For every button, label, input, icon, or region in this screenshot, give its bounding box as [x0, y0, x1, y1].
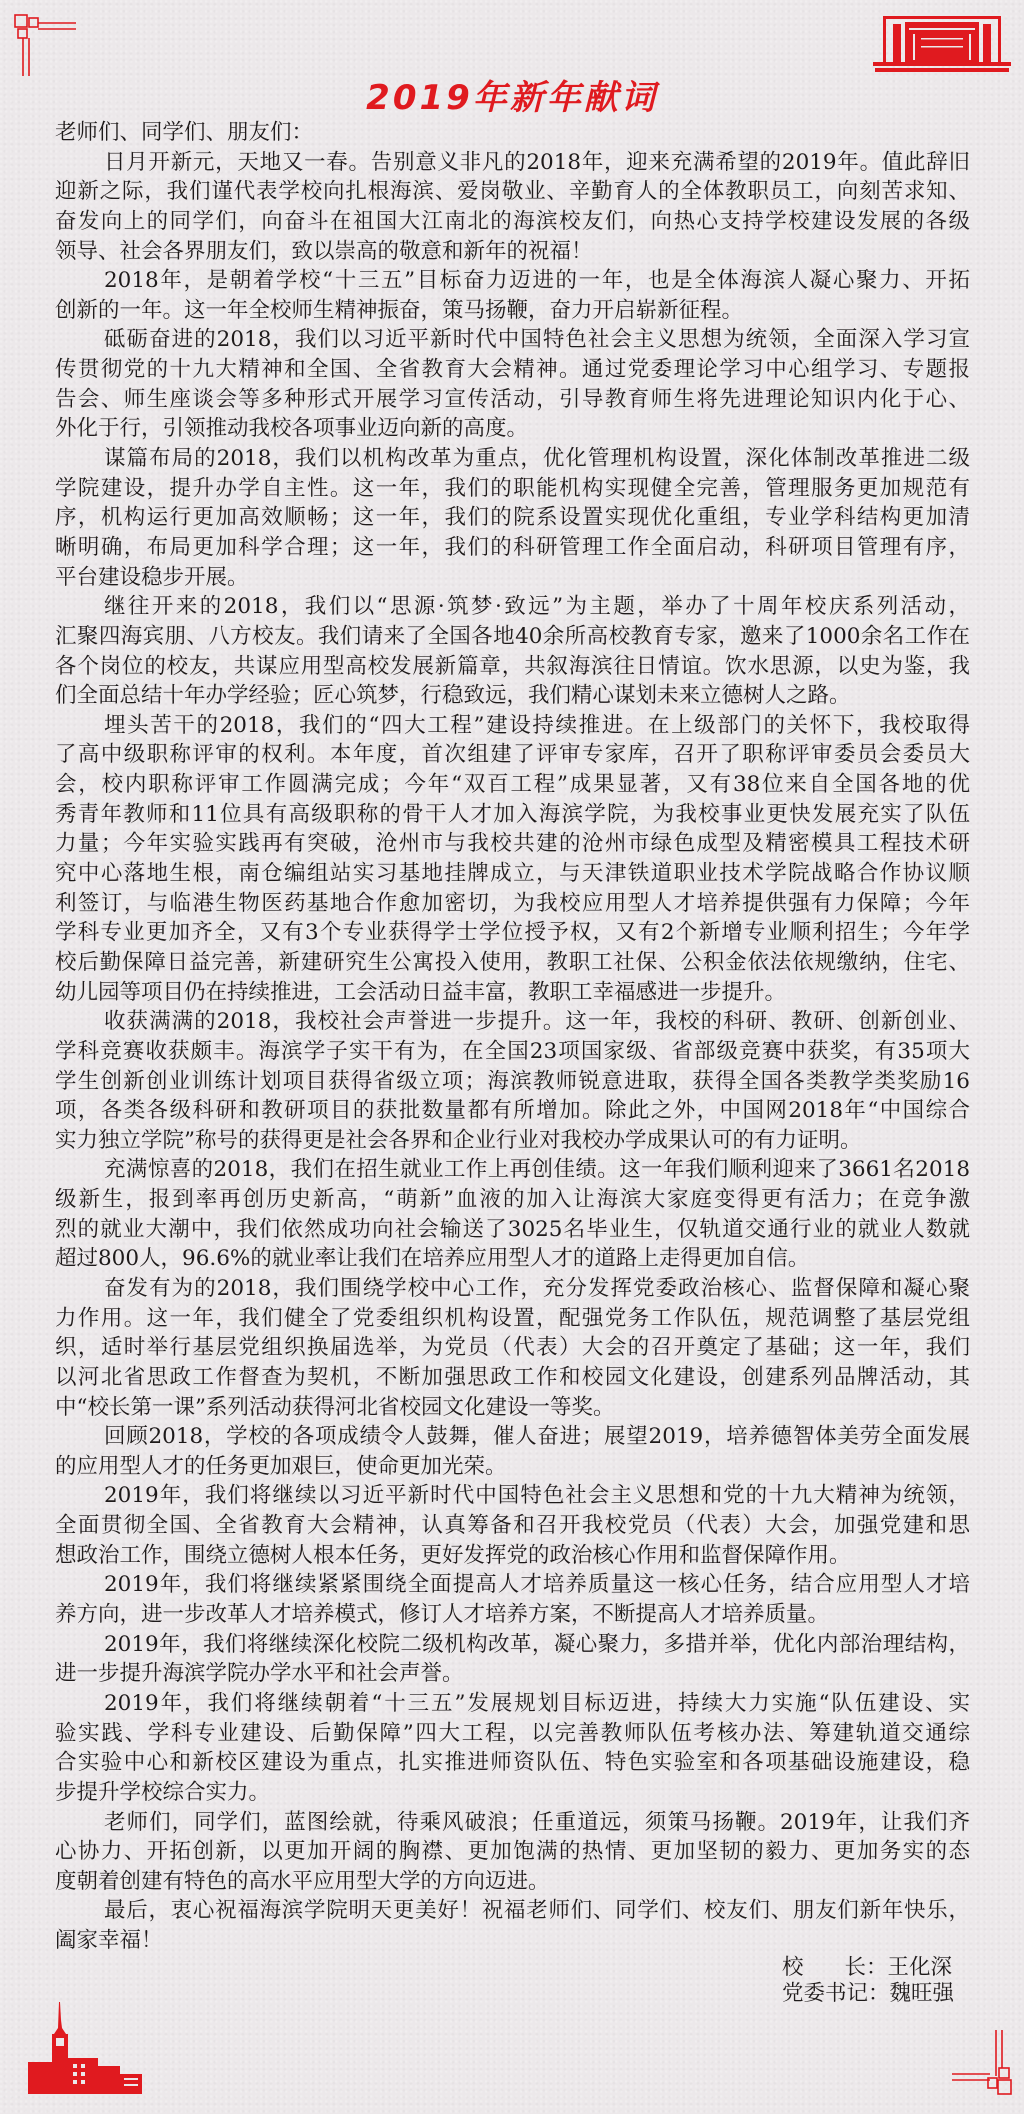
text-line: 的应用型人才的任务更加艰巨，使命更加光荣。	[55, 1452, 970, 1482]
text-line: 奋发向上的同学们，向奋斗在祖国大江南北的海滨校友们，向热心支持学校建设发展的各级	[55, 207, 970, 237]
text-line: 传贯彻党的十九大精神和全国、全省教育大会精神。通过党委理论学习中心组学习、专题报	[55, 355, 970, 385]
text-line: 究中心落地生根，南仓编组站实习基地挂牌成立，与天津铁道职业技术学院战略合作协议顺	[55, 859, 970, 889]
signature-block: 校 长：王化深 党委书记：魏旺强	[782, 1955, 954, 2007]
text-line: 领导、社会各界朋友们，致以崇高的敬意和新年的祝福！	[55, 237, 970, 267]
text-line: 校后勤保障日益完善，新建研究生公寓投入使用，教职工社保、公积金依法依规缴纳，住宅…	[55, 948, 970, 978]
text-line: 2019年，我们将继续深化校院二级机构改革，凝心聚力，多措并举，优化内部治理结构…	[55, 1630, 970, 1660]
text-line: 们全面总结十年办学经验；匠心筑梦，行稳致远，我们精心谋划未来立德树人之路。	[55, 681, 970, 711]
text-line: 超过800人，96.6%的就业率让我们在培养应用型人才的道路上走得更加自信。	[55, 1244, 970, 1274]
text-line: 利签订，与临港生物医药基地合作愈加密切，为我校应用型人才培养提供强有力保障；今年	[55, 889, 970, 919]
auditorium-building-icon	[873, 14, 1013, 74]
text-line: 各个岗位的校友，共谋应用型高校发展新篇章，共叙海滨往日情谊。饮水思源，以史为鉴，…	[55, 652, 970, 682]
corner-ornament-icon	[950, 2028, 1016, 2098]
text-line: 序，机构运行更加高效顺畅；这一年，我们的院系设置实现优化重组，专业学科结构更加清	[55, 503, 970, 533]
text-line: 2018年，是朝着学校“十三五”目标奋力迈进的一年，也是全体海滨人凝心聚力、开拓	[55, 266, 970, 296]
text-line: 迎新之际，我们谨代表学校向扎根海滨、爱岗敬业、辛勤育人的全体教职员工，向刻苦求知…	[55, 177, 970, 207]
greeting: 老师们、同学们、朋友们：	[55, 118, 970, 148]
text-line: 继往开来的2018，我们以“思源·筑梦·致远”为主题，举办了十周年校庆系列活动，	[55, 592, 970, 622]
text-line: 级新生，报到率再创历史新高，“萌新”血液的加入让海滨大家庭变得更有活力；在竞争激	[55, 1185, 970, 1215]
letter-body: 老师们、同学们、朋友们：日月开新元，天地又一春。告别意义非凡的2018年，迎来充…	[55, 118, 970, 1956]
text-line: 学生创新创业训练计划项目获得省级立项；海滨教师锐意进取，获得全国各类教学类奖励1…	[55, 1067, 970, 1097]
text-line: 学科专业更加齐全，又有3个专业获得学士学位授予权，又有2个新增专业顺利招生；今年…	[55, 918, 970, 948]
text-line: 力作用。这一年，我们健全了党委组织机构设置，配强党务工作队伍，规范调整了基层党组	[55, 1304, 970, 1334]
text-line: 晰明确，布局更加科学合理；这一年，我们的科研管理工作全面启动，科研项目管理有序，	[55, 533, 970, 563]
text-line: 收获满满的2018，我校社会声誉进一步提升。这一年，我校的科研、教研、创新创业、	[55, 1007, 970, 1037]
text-line: 中“校长第一课”系列活动获得河北省校园文化建设一等奖。	[55, 1393, 970, 1423]
president-signature: 校 长：王化深	[782, 1955, 954, 1981]
text-line: 心协力、开拓创新，以更加开阔的胸襟、更加饱满的热情、更加坚韧的毅力、更加务实的态	[55, 1837, 970, 1867]
text-line: 烈的就业大潮中，我们依然成功向社会输送了3025名毕业生，仅轨道交通行业的就业人…	[55, 1215, 970, 1245]
text-line: 创新的一年。这一年全校师生精神振奋，策马扬鞭，奋力开启崭新征程。	[55, 296, 970, 326]
text-line: 汇聚四海宾朋、八方校友。我们请来了全国各地40余所高校教育专家，邀来了1000余…	[55, 622, 970, 652]
text-line: 告会、师生座谈会等多种形式开展学习宣传活动，引导教育师生将先进理论知识内化于心、	[55, 385, 970, 415]
text-line: 织，适时举行基层党组织换届选举，为党员（代表）大会的召开奠定了基础；这一年，我们	[55, 1333, 970, 1363]
text-line: 想政治工作，围绕立德树人根本任务，更好发挥党的政治核心作用和监督保障作用。	[55, 1541, 970, 1571]
text-line: 养方向，进一步改革人才培养模式，修订人才培养方案，不断提高人才培养质量。	[55, 1600, 970, 1630]
text-line: 会，校内职称评审工作圆满完成；今年“双百工程”成果显著，又有38位来自全国各地的…	[55, 770, 970, 800]
text-line: 实力独立学院”称号的获得更是社会各界和企业行业对我校办学成果认可的有力证明。	[55, 1126, 970, 1156]
text-line: 全面贯彻全国、全省教育大会精神，认真筹备和召开我校党员（代表）大会，加强党建和思	[55, 1511, 970, 1541]
text-line: 2019年，我们将继续紧紧围绕全面提高人才培养质量这一核心任务，结合应用型人才培	[55, 1570, 970, 1600]
text-line: 谋篇布局的2018，我们以机构改革为重点，优化管理机构设置，深化体制改革推进二级	[55, 444, 970, 474]
text-line: 幼儿园等项目仍在持续推进，工会活动日益丰富，教职工幸福感进一步提升。	[55, 978, 970, 1008]
text-line: 步提升学校综合实力。	[55, 1778, 970, 1808]
text-line: 回顾2018，学校的各项成绩令人鼓舞，催人奋进；展望2019，培养德智体美劳全面…	[55, 1422, 970, 1452]
text-line: 学院建设，提升办学自主性。这一年，我们的职能机构实现健全完善，管理服务更加规范有	[55, 474, 970, 504]
text-line: 外化于行，引领推动我校各项事业迈向新的高度。	[55, 414, 970, 444]
text-line: 进一步提升海滨学院办学水平和社会声誉。	[55, 1659, 970, 1689]
text-line: 以河北省思政工作督查为契机，不断加强思政工作和校园文化建设，创建系列品牌活动，其	[55, 1363, 970, 1393]
text-line: 埋头苦干的2018，我们的“四大工程”建设持续推进。在上级部门的关怀下，我校取得	[55, 711, 970, 741]
text-line: 日月开新元，天地又一春。告别意义非凡的2018年，迎来充满希望的2019年。值此…	[55, 148, 970, 178]
text-line: 学科竞赛收获颇丰。海滨学子实干有为，在全国23项国家级、省部级竞赛中获奖，有35…	[55, 1037, 970, 1067]
secretary-signature: 党委书记：魏旺强	[782, 1981, 954, 2007]
text-line: 充满惊喜的2018，我们在招生就业工作上再创佳绩。这一年我们顺利迎来了3661名…	[55, 1155, 970, 1185]
president-name: 王化深	[888, 1955, 953, 1980]
text-line: 老师们，同学们，蓝图绘就，待乘风破浪；任重道远，须策马扬鞭。2019年，让我们齐	[55, 1808, 970, 1838]
text-line: 平台建设稳步开展。	[55, 563, 970, 593]
clock-tower-building-icon	[18, 2000, 148, 2100]
text-line: 合实验中心和新校区建设为重点，扎实推进师资队伍、特色实验室和各项基础设施建设，稳	[55, 1748, 970, 1778]
text-line: 阖家幸福！	[55, 1926, 970, 1956]
secretary-label: 党委书记：	[782, 1981, 890, 2006]
text-line: 度朝着创建有特色的高水平应用型大学的方向迈进。	[55, 1867, 970, 1897]
page-title: 2019年新年献词	[0, 70, 1024, 119]
text-line: 2019年，我们将继续以习近平新时代中国特色社会主义思想和党的十九大精神为统领，	[55, 1481, 970, 1511]
president-label: 校 长：	[782, 1955, 888, 1980]
text-line: 奋发有为的2018，我们围绕学校中心工作，充分发挥党委政治核心、监督保障和凝心聚	[55, 1274, 970, 1304]
text-line: 秀青年教师和11位具有高级职称的骨干人才加入海滨学院，为我校事业更快发展充实了队…	[55, 800, 970, 830]
text-line: 验实践、学科专业建设、后勤保障”四大工程，以完善教师队伍考核办法、筹建轨道交通综	[55, 1719, 970, 1749]
text-line: 砥砺奋进的2018，我们以习近平新时代中国特色社会主义思想为统领，全面深入学习宣	[55, 325, 970, 355]
text-line: 力量；今年实验实践再有突破，沧州市与我校共建的沧州市绿色成型及精密模具工程技术研	[55, 829, 970, 859]
text-line: 了高中级职称评审的权利。本年度，首次组建了评审专家库，召开了职称评审委员会委员大	[55, 740, 970, 770]
text-line: 2019年，我们将继续朝着“十三五”发展规划目标迈进，持续大力实施“队伍建设、实	[55, 1689, 970, 1719]
text-line: 最后，衷心祝福海滨学院明天更美好！祝福老师们、同学们、校友们、朋友们新年快乐，	[55, 1896, 970, 1926]
text-line: 项，各类各级科研和教研项目的获批数量都有所增加。除此之外，中国网2018年“中国…	[55, 1096, 970, 1126]
secretary-name: 魏旺强	[890, 1981, 955, 2006]
